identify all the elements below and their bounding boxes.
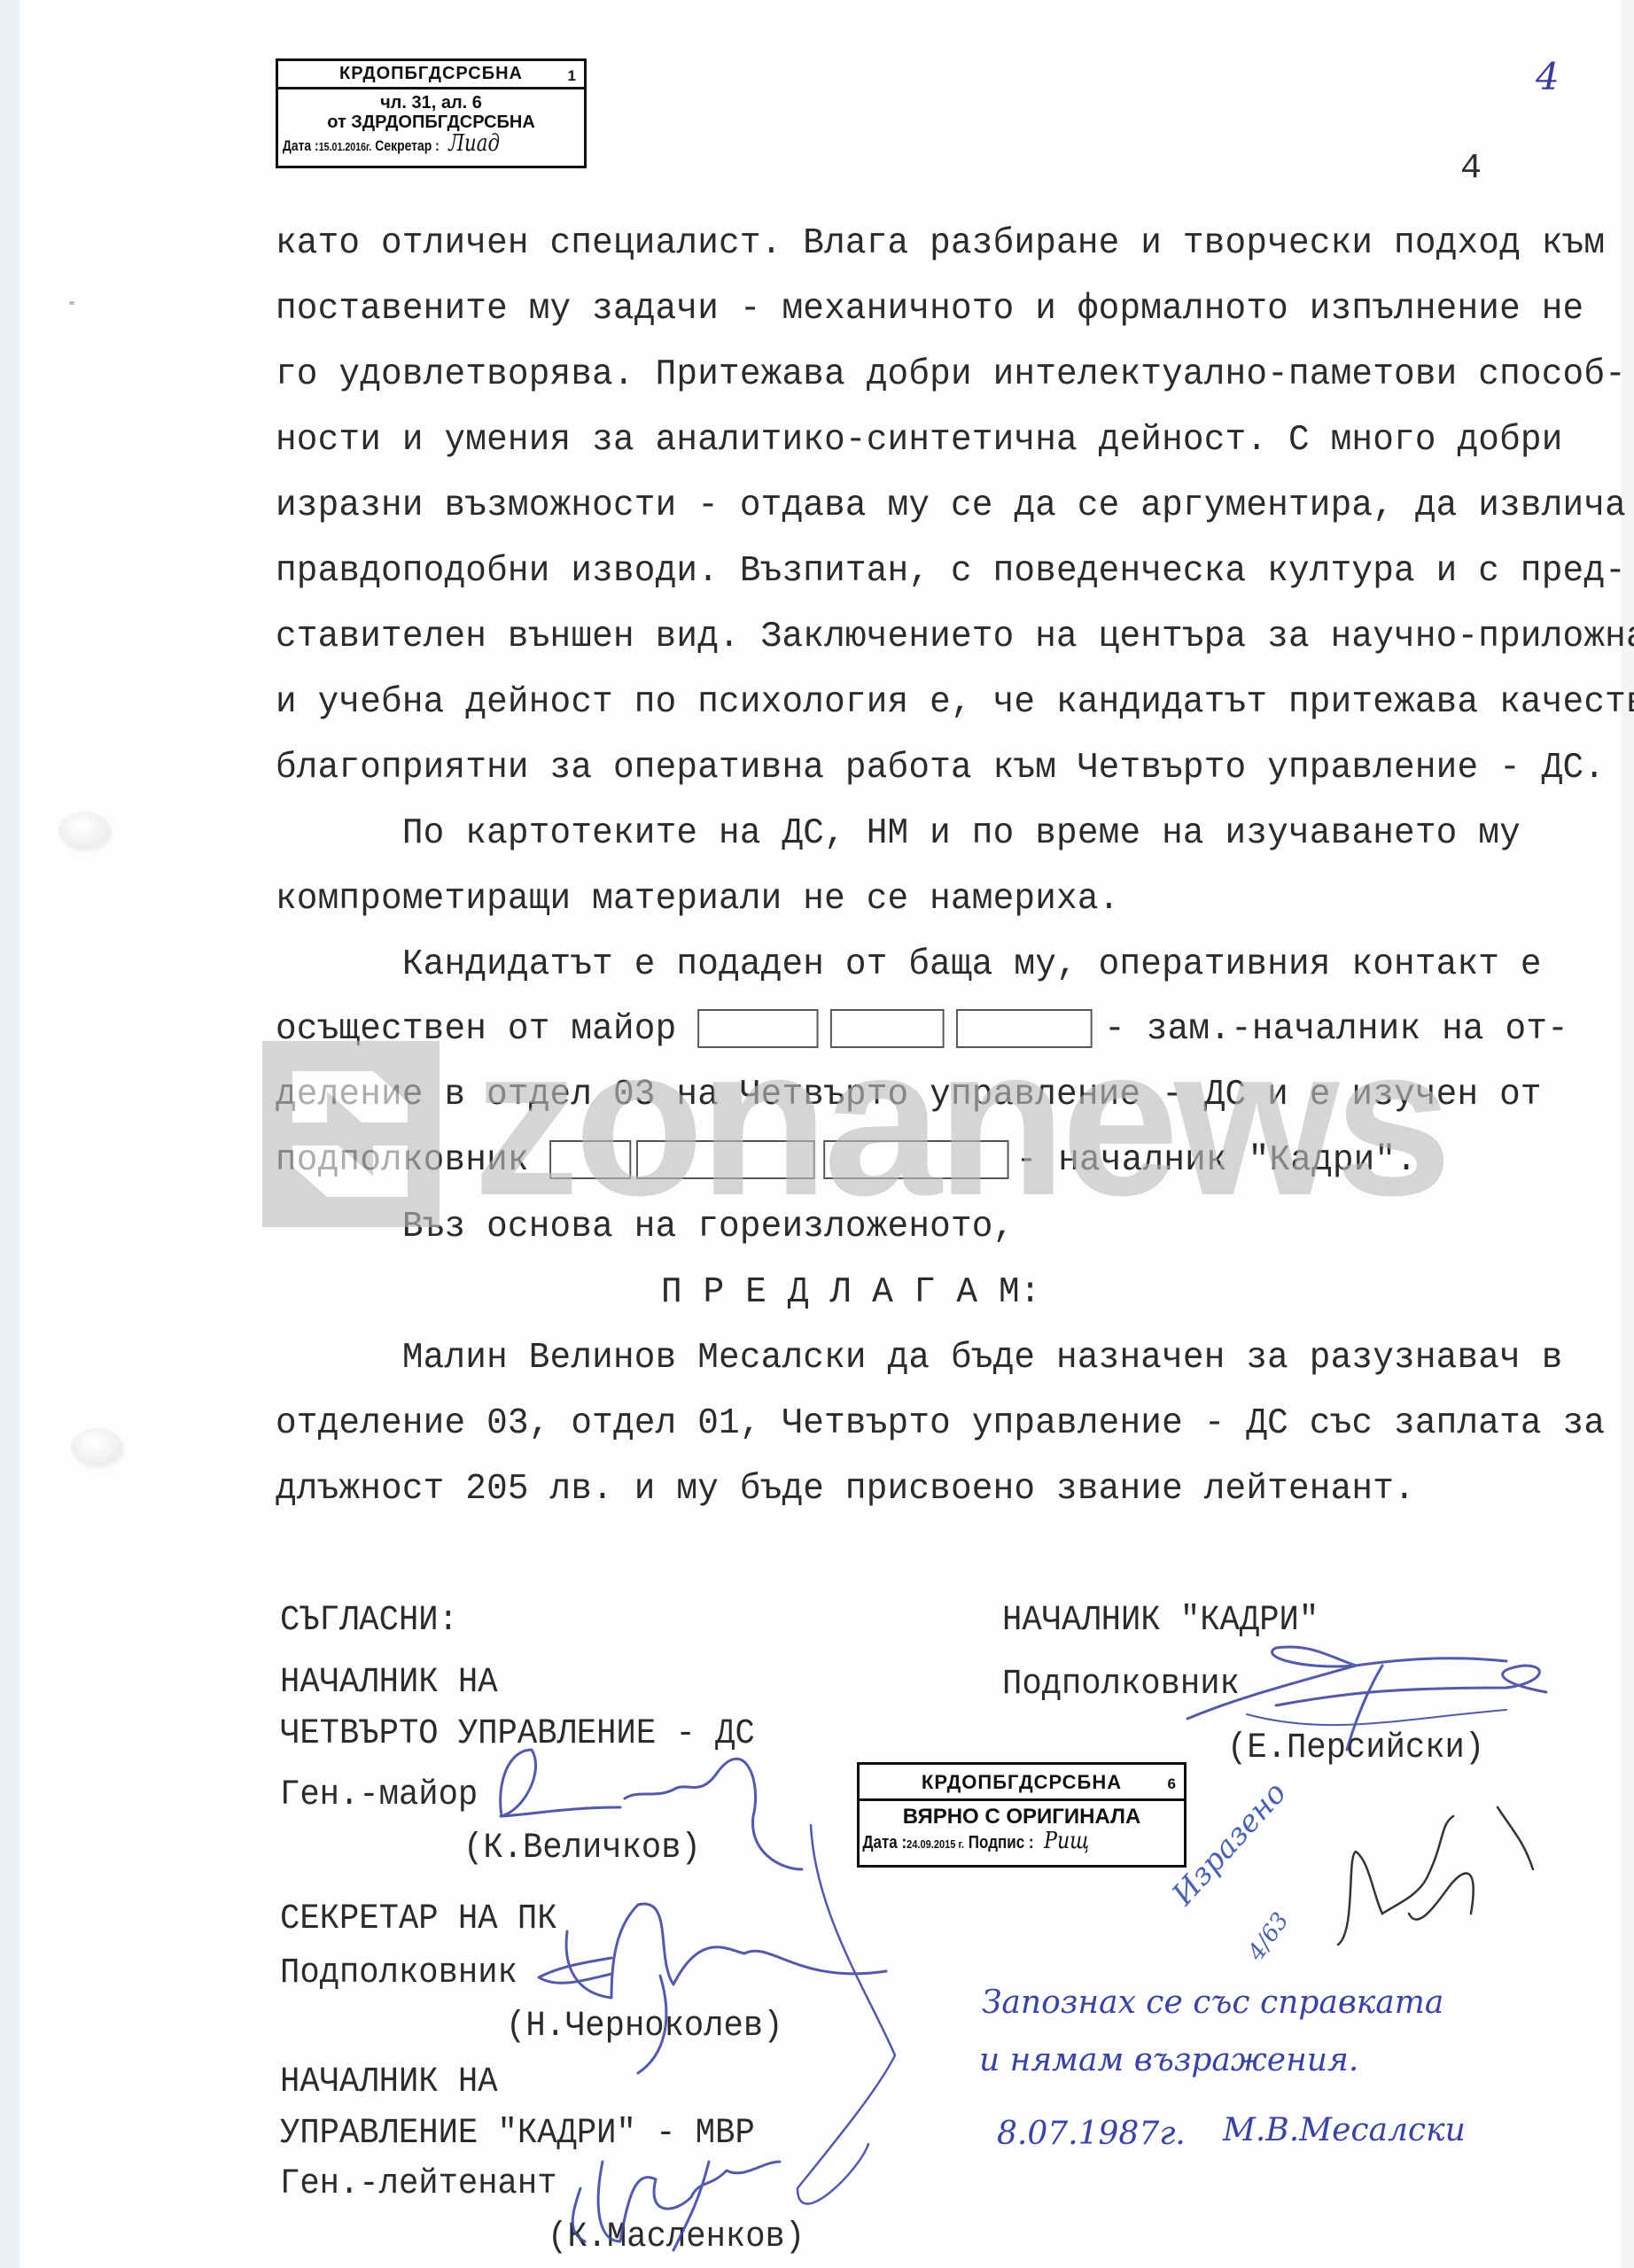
signatory-title: СЕКРЕТАР НА ПК [280, 1899, 557, 1941]
body-line: благоприятни за оперативна работа към Че… [276, 746, 1605, 790]
watermark: zonanews [262, 1041, 1379, 1227]
signatory-name: (Е.Персийски) [1227, 1728, 1484, 1770]
stamp-header-text: КРДОПБГДСРСБНА [339, 64, 523, 83]
signatory-rank: Ген.-лейтенант [280, 2163, 557, 2206]
typed-page-number: 4 [1460, 149, 1482, 189]
handwritten-acknowledgement-line: Запознах се със справката [982, 1984, 1443, 2021]
redaction-box [636, 1140, 815, 1179]
stamp-footer: Дата :24.09.2015 г. Подпис : Рищ [860, 1828, 1135, 1854]
body-line: ставителен външен вид. Заключението на ц… [276, 615, 1634, 659]
stamp-header-text: КРДОПБГДСРСБНА [922, 1771, 1122, 1793]
signatory-name: (К.Величков) [463, 1828, 701, 1870]
body-line: ности и умения за аналитико-синтетична д… [276, 418, 1563, 462]
stamp-signature: Лиад [448, 130, 500, 157]
signatory-title: ЧЕТВЪРТО УПРАВЛЕНИЕ - ДС [280, 1713, 755, 1756]
proposal-line: длъжност 205 лв. и му бъде присвоено зва… [276, 1467, 1415, 1511]
signatory-title: НАЧАЛНИК НА [280, 1662, 498, 1705]
stamp-law: от ЗДРДОПБГДСРСБНА [278, 113, 584, 132]
body-line-redacted-2: подполковник - началник "Кадри". [276, 1138, 1417, 1183]
handwritten-page-number: 4 [1536, 55, 1560, 98]
stamp-number: 1 [568, 63, 577, 89]
body-line: По картотеките на ДС, НМ и по време на и… [276, 812, 1521, 856]
body-line: Кандидатът е подаден от баща му, операти… [276, 943, 1542, 987]
redaction-box [830, 1009, 945, 1048]
watermark-logo-icon [262, 1041, 440, 1227]
signatory-rank: Подполковник [1002, 1664, 1240, 1706]
body-line: компрометиращи материали не се намериха. [276, 877, 1119, 921]
body-line: деление в отдел 03 на Четвърто управлени… [276, 1073, 1542, 1117]
stamp-footer: Дата :15.01.2016г. Секретар : Лиад [278, 130, 529, 157]
text-segment: - началник "Кадри". [1016, 1140, 1417, 1181]
body-line: изразни възможности - отдава му се да се… [276, 484, 1626, 528]
stamp-certification: ВЯРНО С ОРИГИНАЛА [860, 1801, 1184, 1829]
true-copy-stamp: КРДОПБГДСРСБНА 6 ВЯРНО С ОРИГИНАЛА Дата … [857, 1762, 1187, 1868]
body-line: Въз основа на гореизложеното, [276, 1205, 1014, 1249]
signatory-title: УПРАВЛЕНИЕ "КАДРИ" - МВР [280, 2113, 755, 2155]
proposal-line: Малин Велинов Месалски да бъде назначен … [276, 1336, 1563, 1380]
signatory-rank: Ген.-майор [280, 1775, 478, 1817]
signatory-title: НАЧАЛНИК НА [280, 2062, 498, 2104]
body-line-redacted-1: осъществен от майор - зам.-началник на о… [276, 1007, 1568, 1052]
text-segment: - зам.-началник на от- [1104, 1009, 1568, 1050]
body-line: правдоподобни изводи. Възпитан, с поведе… [276, 549, 1626, 594]
handwritten-reference: 4/63 [1243, 1908, 1295, 1966]
stamp-body: чл. 31, ал. 6 от ЗДРДОПБГДСРСБНА [278, 89, 584, 132]
stamp-date: 15.01.2016г. [319, 140, 372, 153]
body-line: като отличен специалист. Влага разбиране… [276, 221, 1605, 266]
redaction-box [697, 1009, 818, 1048]
text-segment: осъществен от майор [276, 1009, 697, 1050]
page-right-edge [1622, 0, 1634, 2268]
redaction-box [956, 1009, 1093, 1048]
proposal-heading: П Р Е Д Л А Г А М: [661, 1270, 1041, 1315]
signatory-name: (Н.Черноколев) [506, 2006, 783, 2048]
stamp-date: 24.09.2015 г. [906, 1837, 964, 1851]
declassification-stamp: КРДОПБГДСРСБНА 1 чл. 31, ал. 6 от ЗДРДОП… [276, 58, 587, 168]
redaction-box [550, 1140, 632, 1179]
signatory-title: НАЧАЛНИК "КАДРИ" [1002, 1600, 1319, 1643]
signatory-name: (К.Масленков) [548, 2217, 805, 2259]
stamp-signature: Рищ [1044, 1828, 1089, 1854]
stamp-number: 6 [1168, 1767, 1177, 1802]
pen-signatures [0, 0, 1634, 2268]
redaction-box [824, 1140, 1009, 1179]
handwritten-signature-name: М.В.Месалски [1223, 2112, 1466, 2148]
punch-hole-mark [71, 1428, 122, 1465]
stamp-date-label: Дата : [283, 137, 319, 154]
stamp-article: чл. 31, ал. 6 [278, 93, 584, 113]
signatory-rank: Подполковник [280, 1953, 517, 1995]
stamp-secretary-label: Секретар : [375, 137, 439, 154]
agreed-label: СЪГЛАСНИ: [280, 1600, 458, 1643]
body-line: го удовлетворява. Притежава добри интеле… [276, 353, 1626, 397]
stamp-header: КРДОПБГДСРСБНА 1 [278, 61, 584, 89]
handwritten-acknowledgement-line: и нямам възражения. [979, 2042, 1358, 2078]
punch-hole-mark [58, 812, 110, 849]
handwritten-date: 8.07.1987г. [997, 2116, 1186, 2152]
body-line: поставените му задачи - механичното и фо… [276, 287, 1583, 331]
stamp-header: КРДОПБГДСРСБНА 6 [860, 1765, 1184, 1801]
stamp-signature-label: Подпис : [969, 1833, 1034, 1852]
margin-mark [69, 301, 74, 305]
stamp-date-label: Дата : [862, 1833, 906, 1852]
text-segment: подполковник [276, 1140, 550, 1181]
page-left-edge [0, 0, 19, 2268]
proposal-line: отделение 03, отдел 01, Четвърто управле… [276, 1402, 1605, 1446]
body-line: и учебна дейност по психология е, че кан… [276, 680, 1634, 725]
